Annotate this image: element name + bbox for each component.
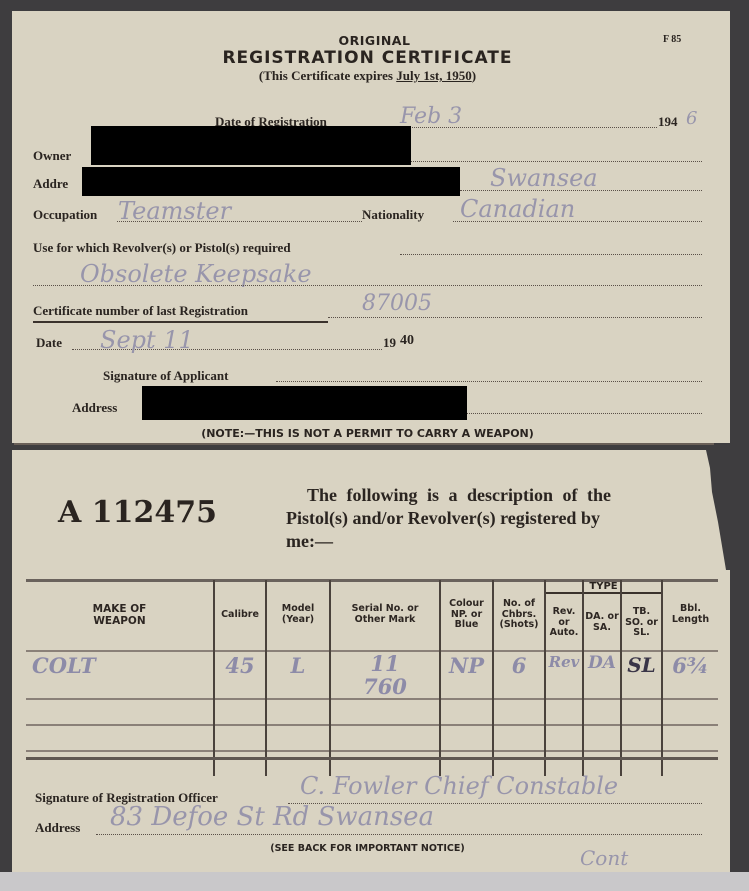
section-divider: [14, 443, 714, 445]
cell-colour: NP: [440, 651, 493, 699]
cell-calibre: 45: [214, 651, 266, 699]
scan-background-strip: [0, 872, 749, 891]
table-row: COLT 45 L 11 760 NP 6 Rev DA SL 6¾: [26, 651, 718, 699]
column-header-tb-so-sl: TB. SO. or SL.: [621, 580, 662, 651]
description-line-3: me:—: [286, 531, 333, 552]
address-redaction: [82, 167, 460, 196]
weapons-table: MAKE OF WEAPON Calibre Model (Year) Seri…: [26, 580, 718, 776]
last-date-year-prefix: 19: [383, 335, 396, 351]
occupation-label: Occupation: [33, 207, 97, 223]
cell-chambers: 6: [493, 651, 545, 699]
dotted-line: [410, 161, 702, 162]
date-year-prefix: 194: [658, 114, 678, 130]
cell-tb-so-sl: SL: [621, 651, 662, 699]
officer-address-label: Address: [35, 820, 80, 836]
column-header-model: Model (Year): [266, 580, 330, 651]
nationality-value: Canadian: [460, 195, 575, 223]
applicant-signature-label: Signature of Applicant: [103, 368, 228, 384]
underline: [33, 321, 328, 323]
dotted-line: [328, 317, 702, 318]
column-header-chambers: No. of Chbrs. (Shots): [493, 580, 545, 651]
handwritten-mark: Cont: [580, 846, 628, 870]
column-header-calibre: Calibre: [214, 580, 266, 651]
last-date-year-value: 40: [400, 333, 414, 349]
column-header-colour: Colour NP. or Blue: [440, 580, 493, 651]
description-line-1: The following is a description of the: [307, 485, 611, 506]
cell-serial: 11 760: [330, 651, 440, 699]
owner-redaction: [91, 126, 411, 165]
table-row: [26, 725, 718, 751]
use-value: Obsolete Keepsake: [80, 260, 312, 288]
table-header-row: MAKE OF WEAPON Calibre Model (Year) Seri…: [26, 580, 718, 651]
registration-officer-signature: C. Fowler Chief Constable: [300, 772, 618, 800]
last-date-label: Date: [36, 335, 62, 351]
dotted-line: [466, 413, 702, 414]
table-row: [26, 699, 718, 725]
description-line-2: Pistol(s) and/or Revolver(s) registered …: [286, 508, 600, 529]
applicant-address-redaction: [142, 386, 467, 420]
officer-address-value: 83 Defoe St Rd Swansea: [110, 802, 434, 832]
cell-barrel-length: 6¾: [662, 651, 718, 699]
applicant-address-label: Address: [72, 400, 117, 416]
last-certificate-value: 87005: [362, 291, 432, 316]
cell-make: COLT: [26, 651, 214, 699]
dotted-line: [400, 254, 702, 255]
expiry-date: July 1st, 1950: [396, 68, 471, 83]
expiry-suffix: ): [472, 68, 476, 83]
dotted-line: [96, 834, 702, 835]
column-header-rev-auto: Rev. or Auto.: [545, 580, 583, 651]
column-header-barrel-length: Bbl. Length: [662, 580, 718, 651]
expiry-prefix: (This Certificate expires: [259, 68, 396, 83]
owner-label: Owner: [33, 148, 71, 164]
cell-da-sa: DA: [583, 651, 621, 699]
last-certificate-label: Certificate number of last Registration: [33, 303, 248, 319]
use-label: Use for which Revolver(s) or Pistol(s) r…: [33, 240, 291, 256]
date-year-value: 6: [686, 108, 697, 129]
dotted-line: [33, 285, 702, 286]
permit-note: (NOTE:—THIS IS NOT A PERMIT TO CARRY A W…: [0, 427, 735, 440]
form-number: F 85: [663, 34, 681, 45]
expiry-note: (This Certificate expires July 1st, 1950…: [0, 68, 735, 84]
address-visible-value: Swansea: [490, 164, 598, 192]
certificate-number: A 112475: [58, 495, 217, 530]
nationality-label: Nationality: [362, 207, 424, 223]
occupation-value: Teamster: [118, 197, 231, 225]
certificate-title: REGISTRATION CERTIFICATE: [0, 48, 735, 68]
column-header-serial: Serial No. or Other Mark: [330, 580, 440, 651]
column-header-da-sa: DA. or SA.: [583, 580, 621, 651]
last-date-value: Sept 11: [100, 326, 194, 354]
signature-line[interactable]: [276, 381, 702, 382]
original-label: ORIGINAL: [0, 33, 749, 48]
cell-model: L: [266, 651, 330, 699]
address-label: Addre: [33, 176, 68, 192]
cell-rev-auto: Rev: [545, 651, 583, 699]
table-bottom-border: [26, 757, 718, 760]
column-header-make: MAKE OF WEAPON: [26, 580, 214, 651]
